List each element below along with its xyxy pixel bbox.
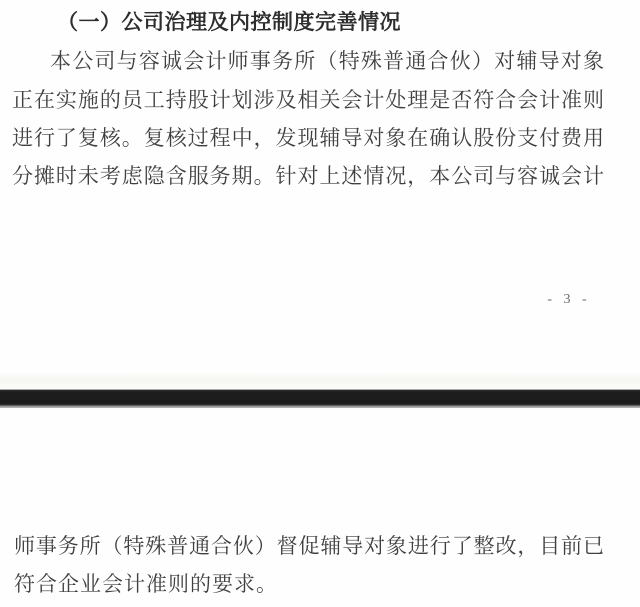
- section-heading: （一）公司治理及内控制度完善情况: [57, 8, 617, 36]
- page-number: - 3 -: [541, 292, 597, 308]
- body-line: 符合企业会计准则的要求。: [14, 569, 604, 599]
- body-line: 师事务所（特殊普通合伙）督促辅导对象进行了整改，目前已: [14, 531, 604, 561]
- body-line: 本公司与容诚会计师事务所（特殊普通合伙）对辅导对象: [12, 46, 604, 76]
- body-line: 分摊时未考虑隐含服务期。针对上述情况，本公司与容诚会计: [12, 161, 604, 191]
- body-line: 进行了复核。复核过程中，发现辅导对象在确认股份支付费用: [12, 123, 604, 153]
- scan-artifact-tint: [0, 371, 640, 389]
- page-separator-bar: [0, 389, 640, 408]
- document-viewport: （一）公司治理及内控制度完善情况 本公司与容诚会计师事务所（特殊普通合伙）对辅导…: [0, 0, 640, 607]
- body-line: 正在实施的员工持股计划涉及相关会计处理是否符合会计准则: [12, 85, 604, 115]
